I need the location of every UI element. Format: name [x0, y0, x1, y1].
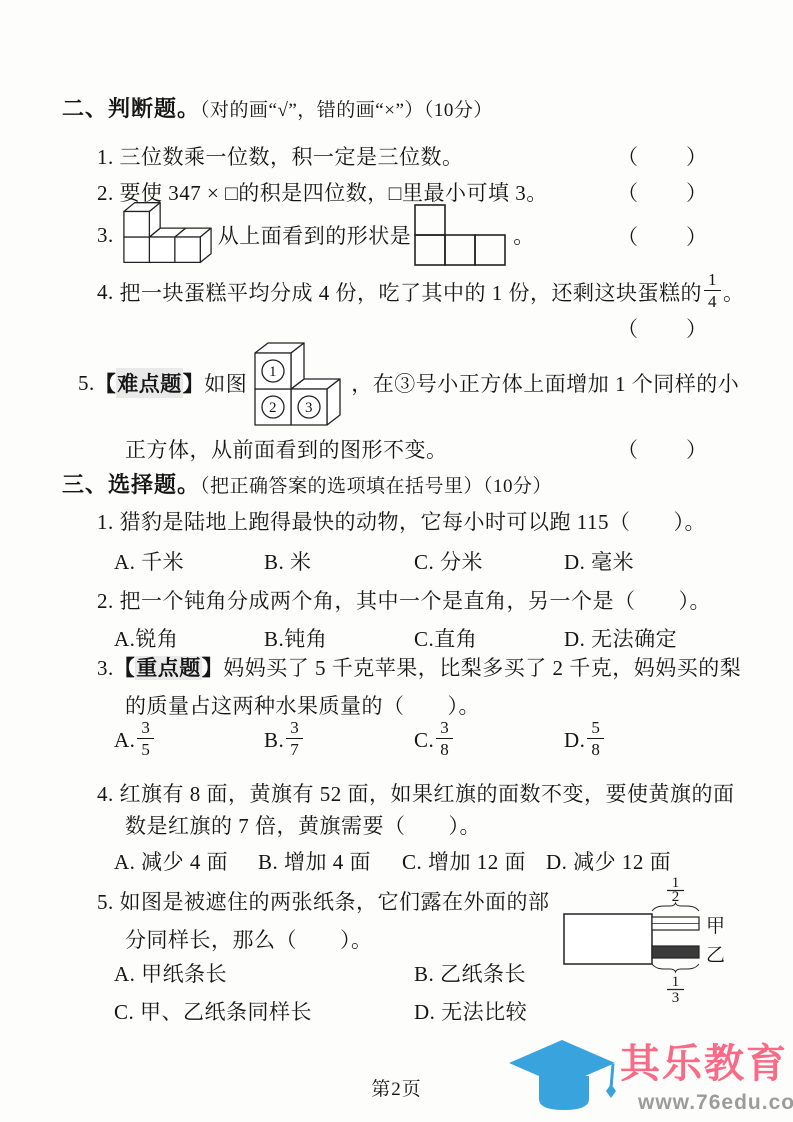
graduation-cap-icon — [503, 1036, 621, 1120]
judge-q3-number: 3. — [97, 223, 114, 248]
option-c: C. 甲、乙纸条同样长 — [114, 996, 312, 1026]
frac-top-den: 2 — [672, 889, 680, 905]
section-choice-heading: 三、选择题。（把正确答案的选项填在括号里）（10分） — [62, 468, 552, 499]
brace-bottom — [652, 964, 699, 972]
option-a: A. 甲纸条长 — [114, 958, 227, 988]
choice-question-4: 4. 红旗有 8 面，黄旗有 52 面，如果红旗的面数不变，要使黄旗的面 — [97, 778, 735, 808]
logo-url-text: www.76edu.com — [638, 1092, 793, 1113]
cube-stack-figure — [120, 202, 214, 268]
option-d: D. 58 — [564, 718, 606, 763]
option-b: B.钝角 — [264, 623, 414, 653]
option-b: B. 乙纸条长 — [414, 958, 526, 988]
option-c: C. 增加 12 面 — [402, 846, 546, 876]
frac-bottom-den: 3 — [672, 990, 680, 1006]
option-d: D. 毫米 — [564, 546, 634, 576]
choice-q2-number: 2. — [97, 589, 114, 613]
judge-q5-line2: 正方体，从前面看到的图形不变。 — [125, 434, 448, 464]
judge-q4-number: 4. — [97, 280, 114, 305]
judge-q3-answer-blank: （ ） — [617, 221, 709, 251]
option-b-fraction: 37 — [286, 718, 303, 759]
option-c: C. 分米 — [414, 546, 564, 576]
choice-q5-number: 5. — [97, 890, 114, 914]
judge-q5-cont: ，在③号小正方体上面增加 1 个同样的小 — [351, 368, 739, 398]
judge-q5-tag-open: 【 — [95, 368, 117, 398]
judge-q5-answer-blank: （ ） — [617, 434, 709, 464]
top-view-shape-figure — [413, 203, 511, 267]
option-d: D. 无法比较 — [414, 996, 527, 1026]
option-d: D. 减少 12 面 — [546, 846, 671, 876]
judge-q1-number: 1. — [97, 145, 114, 169]
numbered-cubes-figure: 1 2 3 — [250, 337, 348, 429]
judge-q4-text: 把一块蛋糕平均分成 4 份，吃了其中的 1 份，还剩这块蛋糕的 — [120, 277, 703, 307]
judge-q5-tag: 难点题 — [116, 368, 183, 398]
choice-q1-options: A. 千米 B. 米 C. 分米 D. 毫米 — [114, 546, 634, 576]
option-a: A. 千米 — [114, 546, 264, 576]
choice-q4-options: A. 减少 4 面 B. 增加 4 面 C. 增加 12 面 D. 减少 12 … — [114, 846, 671, 876]
option-c: C.直角 — [414, 623, 564, 653]
section-judge-note: （对的画“√”，错的画“×”）（10分） — [200, 100, 493, 121]
section-judge-heading: 二、判断题。（对的画“√”，错的画“×”）（10分） — [62, 92, 493, 123]
choice-q4-line1: 红旗有 8 面，黄旗有 52 面，如果红旗的面数不变，要使黄旗的面 — [120, 782, 735, 806]
choice-q5-line1: 如图是被遮住的两张纸条，它们露在外面的部 — [120, 890, 550, 914]
option-a-fraction: 35 — [137, 718, 154, 759]
cover-rectangle — [564, 914, 652, 964]
label-jia: 甲 — [706, 916, 725, 937]
judge-q3-period: 。 — [513, 220, 535, 250]
choice-q4-line2: 数是红旗的 7 倍，黄旗需要（ ）。 — [125, 810, 481, 840]
judge-q1-answer-blank: （ ） — [617, 141, 709, 171]
judge-question-4: 4. 把一块蛋糕平均分成 4 份，吃了其中的 1 份，还剩这块蛋糕的 1 4 。 — [97, 270, 745, 314]
option-a: A. 35 — [114, 718, 264, 763]
choice-question-5: 5. 如图是被遮住的两张纸条，它们露在外面的部 — [97, 886, 550, 916]
section-choice-note: （把正确答案的选项填在括号里）（10分） — [200, 476, 552, 497]
choice-q3-number: 3. — [97, 656, 114, 680]
judge-q1-text: 三位数乘一位数，积一定是三位数。 — [120, 145, 464, 169]
choice-q3-tag-open: 【 — [114, 656, 136, 680]
choice-q1-text: 猎豹是陆地上跑得最快的动物，它每小时可以跑 115（ ）。 — [120, 510, 706, 534]
exam-page: 二、判断题。（对的画“√”，错的画“×”）（10分） 1. 三位数乘一位数，积一… — [0, 0, 793, 1122]
choice-q3-options: A. 35 B. 37 C. 38 D. 58 — [114, 716, 606, 764]
judge-q5-pre: 如图 — [204, 368, 247, 398]
option-d-fraction: 58 — [587, 718, 604, 759]
choice-q3-tag: 重点题 — [135, 656, 202, 680]
option-d: D. 无法确定 — [564, 623, 677, 653]
choice-q2-text: 把一个钝角分成两个角，其中一个是直角，另一个是（ ）。 — [120, 589, 712, 613]
judge-q3-text: 从上面看到的形状是 — [218, 220, 412, 250]
judge-q5-tag-close: 】 — [183, 368, 205, 398]
choice-question-3: 3.【重点题】妈妈买了 5 千克苹果，比梨多买了 2 千克，妈妈买的梨 — [97, 652, 741, 682]
choice-q3-line1: 妈妈买了 5 千克苹果，比梨多买了 2 千克，妈妈买的梨 — [223, 656, 741, 680]
option-c-fraction: 38 — [436, 718, 453, 759]
cube-label-3: 3 — [305, 400, 313, 416]
choice-question-1: 1. 猎豹是陆地上跑得最快的动物，它每小时可以跑 115（ ）。 — [97, 506, 706, 536]
choice-question-2: 2. 把一个钝角分成两个角，其中一个是直角，另一个是（ ）。 — [97, 585, 711, 615]
option-b: B. 37 — [264, 718, 414, 763]
logo-brand-text: 其乐教育 — [620, 1044, 788, 1084]
choice-q5-line2: 分同样长，那么（ ）。 — [125, 924, 373, 954]
section-judge-title: 二、判断题。 — [62, 96, 200, 121]
choice-q2-options: A.锐角 B.钝角 C.直角 D. 无法确定 — [114, 623, 677, 653]
choice-q4-number: 4. — [97, 782, 114, 806]
option-c: C. 38 — [414, 718, 564, 763]
strip-yi — [652, 946, 699, 958]
judge-question-1: 1. 三位数乘一位数，积一定是三位数。 — [97, 141, 464, 171]
judge-question-3: 3. 从上面看到的形状是 。 — [97, 200, 535, 270]
option-b: B. 米 — [264, 546, 414, 576]
option-a: A. 减少 4 面 — [114, 846, 258, 876]
cube-label-1: 1 — [269, 364, 277, 380]
frac-bottom-num: 1 — [672, 974, 680, 990]
judge-q4-period: 。 — [723, 277, 745, 307]
option-a: A.锐角 — [114, 623, 264, 653]
judge-question-5: 5.【难点题】如图 1 2 3 ，在③号小正方体上面增加 1 个同样的小 — [78, 336, 739, 430]
option-b: B. 增加 4 面 — [258, 846, 402, 876]
cube-label-2: 2 — [269, 400, 277, 416]
section-choice-title: 三、选择题。 — [62, 472, 200, 497]
label-yi: 乙 — [706, 945, 725, 966]
judge-q4-fraction: 1 4 — [704, 270, 721, 311]
choice-q3-tag-close: 】 — [202, 656, 224, 680]
choice-q1-number: 1. — [97, 510, 114, 534]
judge-q2-answer-blank: （ ） — [617, 177, 709, 207]
paper-strips-figure: 1 2 1 3 甲 乙 — [560, 876, 792, 1008]
judge-q5-number: 5. — [78, 371, 95, 396]
